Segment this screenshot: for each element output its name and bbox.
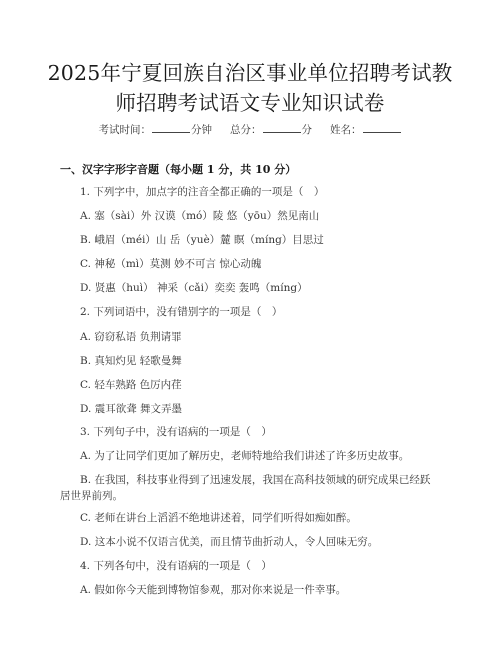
question-2-option-c: C. 轻车熟路 色厉内荏 <box>80 376 182 394</box>
exam-title-line-1: 2025年宁夏回族自治区事业单位招聘考试教 <box>0 58 500 88</box>
section-heading: 一、汉字字形字音题（每小题 1 分，共 10 分） <box>60 161 296 179</box>
exam-page: 2025年宁夏回族自治区事业单位招聘考试教 师招聘考试语文专业知识试卷 考试时间… <box>0 0 500 647</box>
time-label: 考试时间： <box>99 124 152 136</box>
time-blank <box>152 121 190 133</box>
question-1-option-c: C. 神秘（mì）莫测 妙不可言 惊心动魄 <box>80 255 261 273</box>
question-3-option-d: D. 这本小说不仅语言优美，而且情节曲折动人，令人回味无穷。 <box>80 533 378 551</box>
exam-title-line-2: 师招聘考试语文专业知识试卷 <box>0 88 500 118</box>
question-1-option-b: B. 峨眉（méi）山 岳（yuè）麓 瞑（míng）目思过 <box>80 231 324 249</box>
question-stem-3: 3. 下列句子中，没有语病的一项是（ ） <box>80 423 272 441</box>
question-1-option-d: D. 贤惠（huì） 神采（cǎi）奕奕 轰鸣（míng） <box>80 279 308 297</box>
question-3-option-b-continuation: 居世界前列。 <box>60 487 123 505</box>
score-blank <box>263 121 301 133</box>
question-stem-1: 1. 下列字中，加点字的注音全都正确的一项是（ ） <box>80 183 324 201</box>
question-stem-2: 2. 下列词语中，没有错别字的一项是（ ） <box>80 303 282 321</box>
question-3-option-b: B. 在我国，科技事业得到了迅速发展，我国在高科技领域的研究成果已经跃 <box>80 471 430 489</box>
name-label: 姓名： <box>330 124 362 136</box>
score-label: 总分： <box>230 124 262 136</box>
question-3-option-c: C. 老师在讲台上滔滔不绝地讲述着，同学们听得如痴如醉。 <box>80 509 357 527</box>
question-3-option-a: A. 为了让同学们更加了解历史，老师特地给我们讲述了许多历史故事。 <box>80 447 409 465</box>
time-unit: 分钟 <box>191 124 212 136</box>
question-2-option-d: D. 震耳欲聋 舞文弄墨 <box>80 400 182 418</box>
question-stem-4: 4. 下列各句中，没有语病的一项是（ ） <box>80 557 272 575</box>
exam-meta: 考试时间：分钟总分：分姓名： <box>0 121 500 139</box>
question-2-option-b: B. 真知灼见 轻歌曼舞 <box>80 352 182 370</box>
name-blank <box>363 121 401 133</box>
question-2-option-a: A. 窃窃私语 负荆请罪 <box>80 328 182 346</box>
question-4-option-a: A. 假如你今天能到博物馆参观，那对你来说是一件幸事。 <box>80 581 346 599</box>
score-unit: 分 <box>302 124 313 136</box>
question-1-option-a: A. 塞（sài）外 汉谟（mó）陵 悠（yōu）然见南山 <box>80 207 319 225</box>
